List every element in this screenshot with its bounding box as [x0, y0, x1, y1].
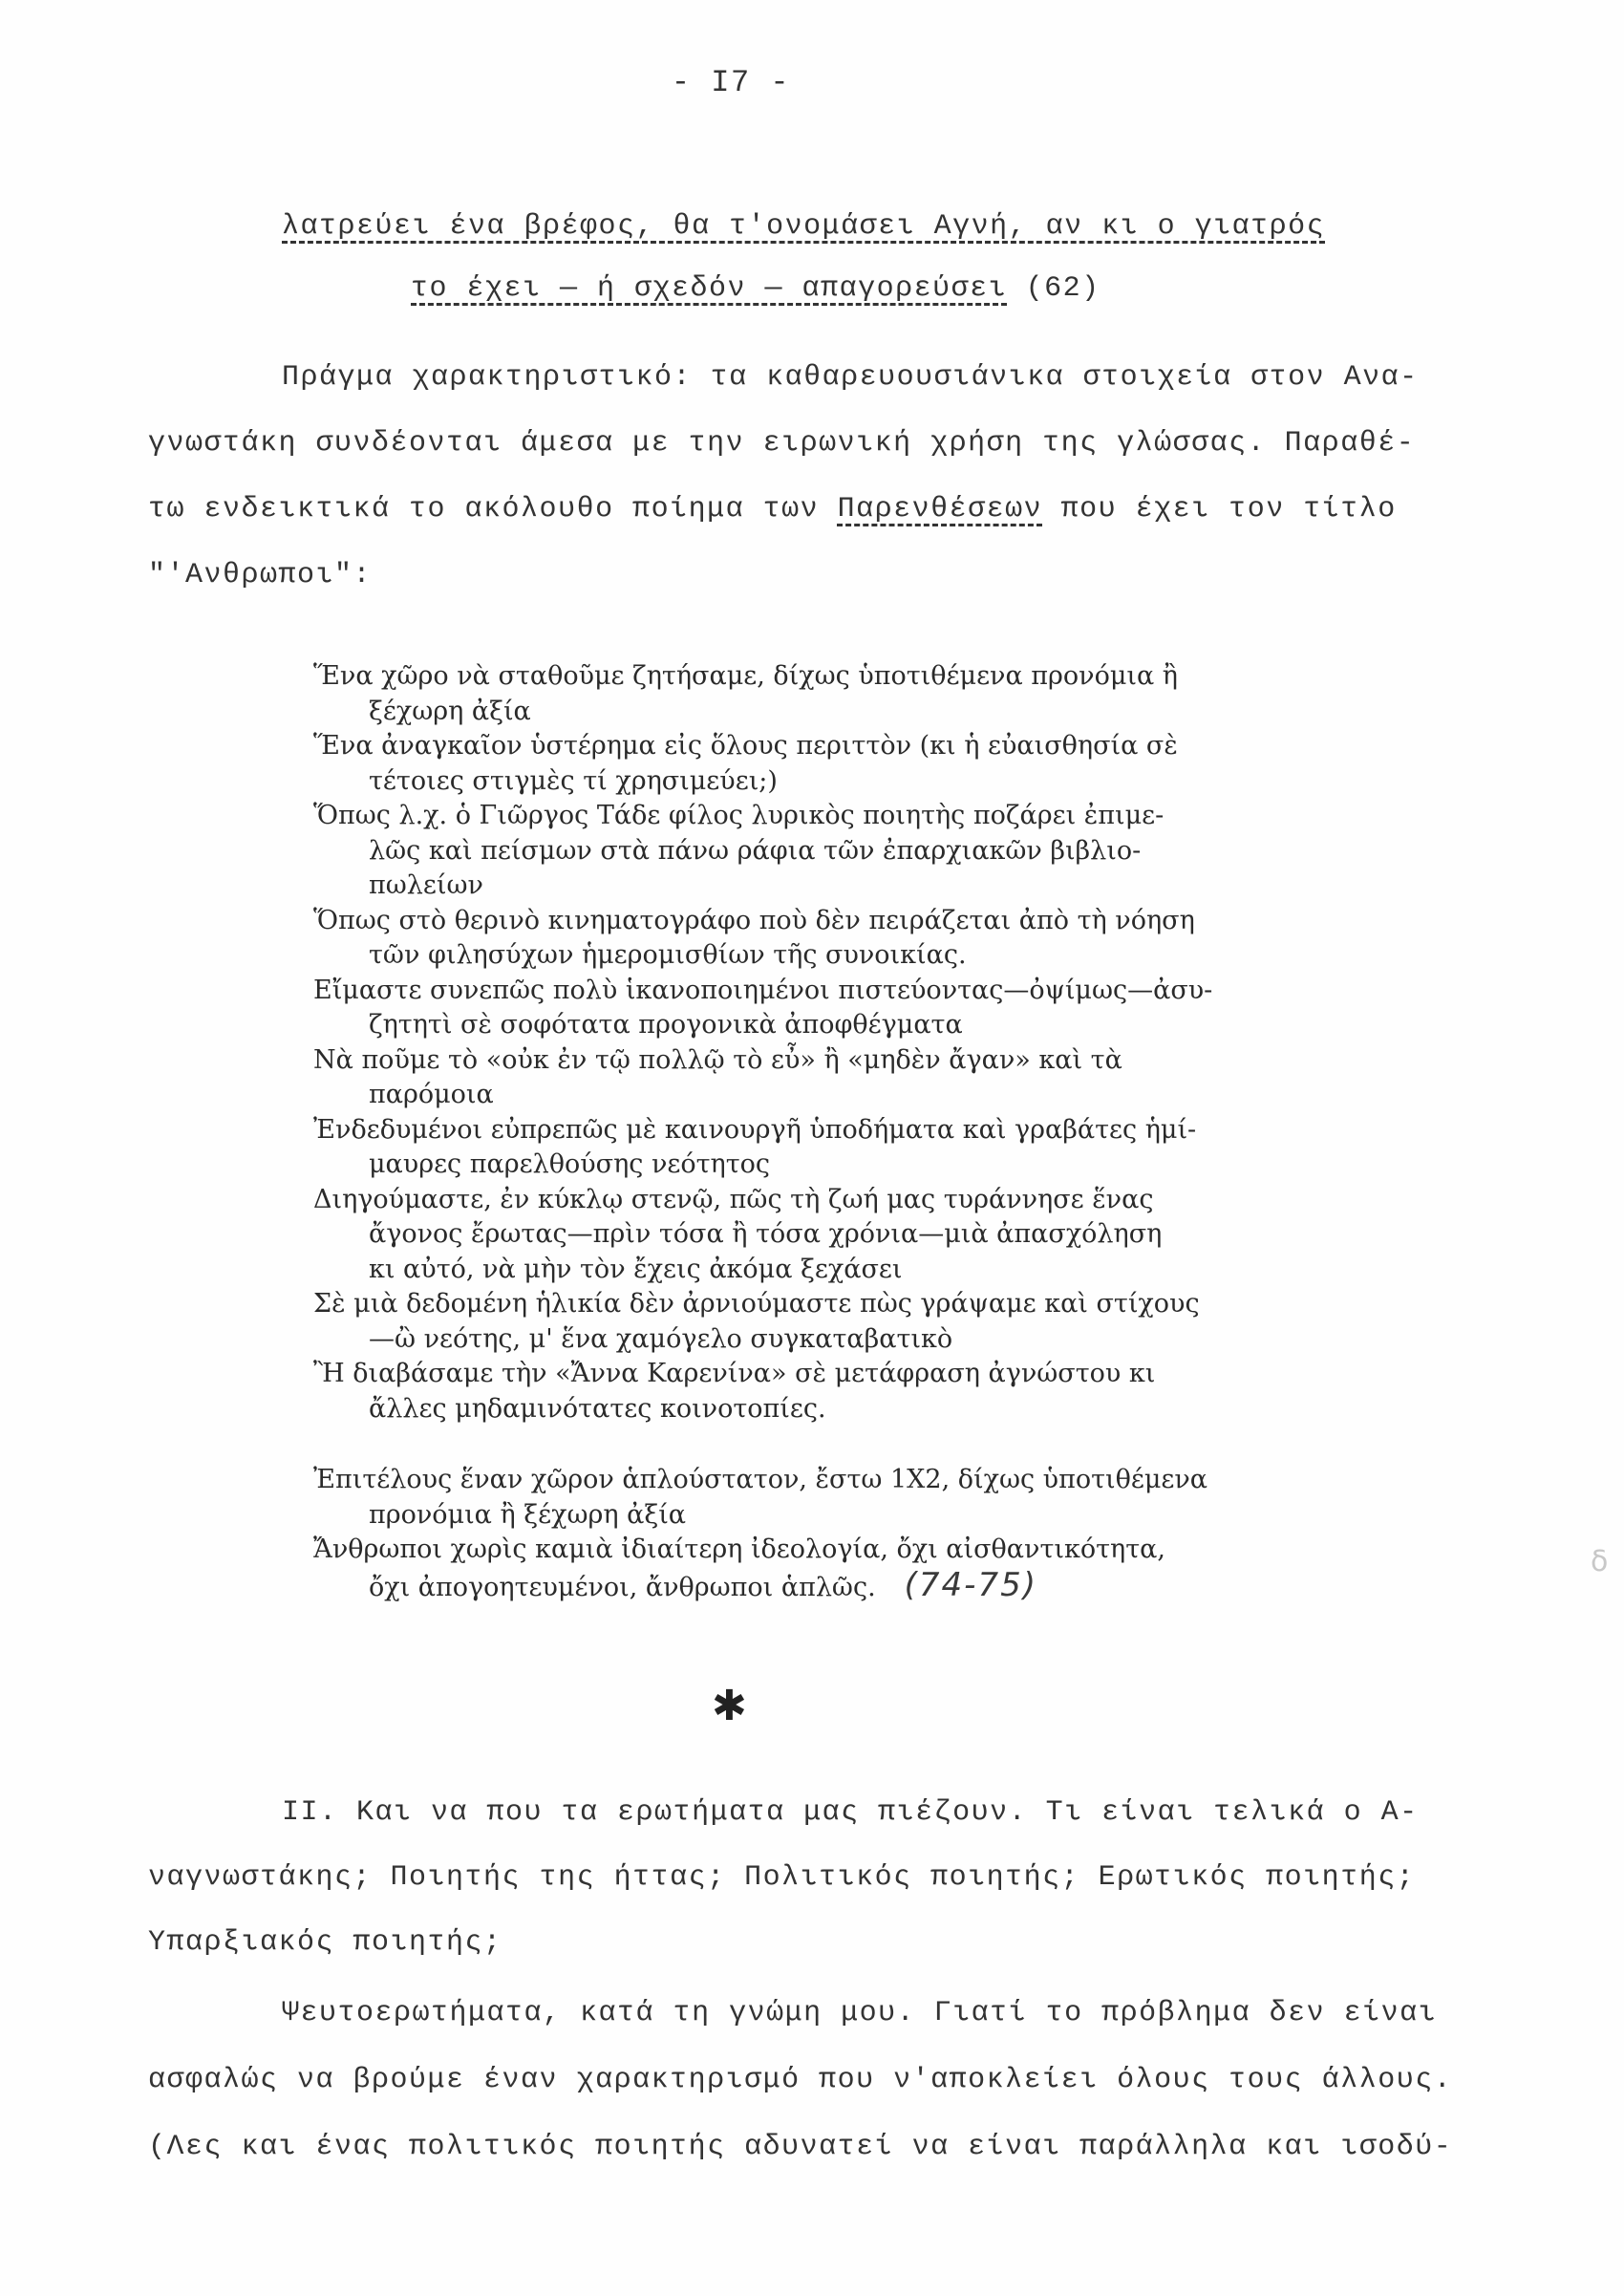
poem-line: Ἢ διαβάσαμε τὴν «Ἄννα Καρενίνα» σὲ μετάφ… [313, 1357, 1269, 1392]
asterisk-separator-icon: ✱ [712, 1682, 747, 1730]
stanza-gap [313, 1427, 1269, 1463]
intro-line-1: Πράγμα χαρακτηριστικό: τα καθαρευουσιάνι… [282, 361, 1419, 394]
page-number: - I7 - [0, 65, 1462, 100]
poem-line: τῶν φιλησύχων ἡμερομισθίων τῆς συνοικίας… [313, 938, 1269, 974]
poem-line: ἄγονος ἔρωτας—πρὶν τόσα ἢ τόσα χρόνια—μι… [313, 1217, 1269, 1253]
paragraph-2-line-3: (Λες και ένας πολιτικός ποιητής αδυνατεί… [148, 2131, 1452, 2163]
quote-citation: (62) [1007, 272, 1100, 305]
poem-line: Ἕνα χῶρο νὰ σταθοῦμε ζητήσαμε, δίχως ὑπο… [313, 659, 1269, 695]
document-page: - I7 - λατρεύει ένα βρέφος, θα τ'ονομάσε… [0, 0, 1624, 2296]
poem-line: πωλείων [313, 869, 1269, 904]
poem-last-line-text: ὄχι ἀπογοητευμένοι, ἄνθρωποι ἁπλῶς. [369, 1573, 876, 1602]
quote-line-1: λατρεύει ένα βρέφος, θα τ'ονομάσει Αγνή,… [282, 210, 1325, 243]
poem-line: Ὅπως λ.χ. ὁ Γιῶργος Τάδε φίλος λυρικὸς π… [313, 799, 1269, 834]
poem-title: "'Ανθρωποι": [148, 559, 372, 591]
poem-line: ζητητὶ σὲ σοφότατα προγονικὰ ἀποφθέγματα [313, 1008, 1269, 1043]
paragraph-2-line-1: Ψευτοερωτήματα, κατά τη γνώμη μου. Γιατί… [282, 1997, 1437, 2029]
section-11-line-2: ναγνωστάκης; Ποιητής της ήττας; Πολιτικό… [148, 1861, 1415, 1894]
book-title-parentheses: Παρενθέσεων [838, 493, 1043, 526]
intro-line-3: τω ενδεικτικά το ακόλουθο ποίημα των Παρ… [148, 493, 1397, 526]
poem-line: προνόμια ἢ ξέχωρη ἀξία [313, 1498, 1269, 1534]
poem-line: Ἐνδεδυμένοι εὐπρεπῶς μὲ καινουργῆ ὑποδήμ… [313, 1113, 1269, 1148]
poem-line: παρόμοια [313, 1078, 1269, 1113]
section-11-line-3: Υπαρξιακός ποιητής; [148, 1926, 502, 1959]
margin-mark: δ [1591, 1545, 1608, 1578]
poem-line: Ἄνθρωποι χωρὶς καμιὰ ἰδιαίτερη ἰδεολογία… [313, 1533, 1269, 1568]
intro-line-3-after: που έχει τον τίτλο [1042, 493, 1397, 526]
quote-line-2: το έχει — ή σχεδόν — απαγορεύσει (62) [411, 272, 1100, 305]
quote-line-2-underlined: το έχει — ή σχεδόν — απαγορεύσει [411, 272, 1007, 305]
poem-last-line: ὄχι ἀπογοητευμένοι, ἄνθρωποι ἁπλῶς.(74-7… [313, 1568, 1269, 1606]
poem-line: Σὲ μιὰ δεδομένη ἡλικία δὲν ἀρνιούμαστε π… [313, 1287, 1269, 1322]
paragraph-2-line-2: ασφαλώς να βρούμε έναν χαρακτηρισμό που … [148, 2064, 1452, 2096]
poem-stanza-2: Ἐπιτέλους ἕναν χῶρον ἁπλούστατον, ἔστω 1… [313, 1463, 1269, 1568]
handwritten-citation: (74-75) [905, 1566, 1037, 1604]
poem-block: Ἕνα χῶρο νὰ σταθοῦμε ζητήσαμε, δίχως ὑπο… [313, 659, 1269, 1605]
poem-line: Διηγούμαστε, ἐν κύκλῳ στενῷ, πῶς τὴ ζωή … [313, 1183, 1269, 1218]
section-11-line-1: II. Και να που τα ερωτήματα μας πιέζουν.… [282, 1796, 1419, 1829]
poem-line: Ἕνα ἀναγκαῖον ὑστέρημα εἰς ὅλους περιττὸ… [313, 729, 1269, 764]
poem-line: ἄλλες μηδαμινότατες κοινοτοπίες. [313, 1392, 1269, 1427]
poem-line: λῶς καὶ πείσμων στὰ πάνω ράφια τῶν ἐπαρχ… [313, 834, 1269, 869]
poem-line: τέτοιες στιγμὲς τί χρησιμεύει;) [313, 764, 1269, 800]
poem-line: Νὰ ποῦμε τὸ «οὐκ ἐν τῷ πολλῷ τὸ εὖ» ἢ «μ… [313, 1043, 1269, 1079]
poem-line: Ὅπως στὸ θερινὸ κινηματογράφο ποὺ δὲν πε… [313, 904, 1269, 939]
poem-line: κι αὐτό, νὰ μὴν τὸν ἔχεις ἀκόμα ξεχάσει [313, 1253, 1269, 1288]
poem-line: μαυρες παρελθούσης νεότητος [313, 1148, 1269, 1183]
poem-stanza-1: Ἕνα χῶρο νὰ σταθοῦμε ζητήσαμε, δίχως ὑπο… [313, 659, 1269, 1427]
poem-line: Εἴμαστε συνεπῶς πολὺ ἱκανοποιημένοι πιστ… [313, 974, 1269, 1009]
intro-line-3-before: τω ενδεικτικά το ακόλουθο ποίημα των [148, 493, 838, 526]
intro-line-2: γνωστάκη συνδέονται άμεσα με την ειρωνικ… [148, 427, 1415, 460]
poem-line: ξέχωρη ἀξία [313, 695, 1269, 730]
poem-line: Ἐπιτέλους ἕναν χῶρον ἁπλούστατον, ἔστω 1… [313, 1463, 1269, 1498]
poem-line: —ὢ νεότης, μ' ἕνα χαμόγελο συγκαταβατικὸ [313, 1322, 1269, 1358]
